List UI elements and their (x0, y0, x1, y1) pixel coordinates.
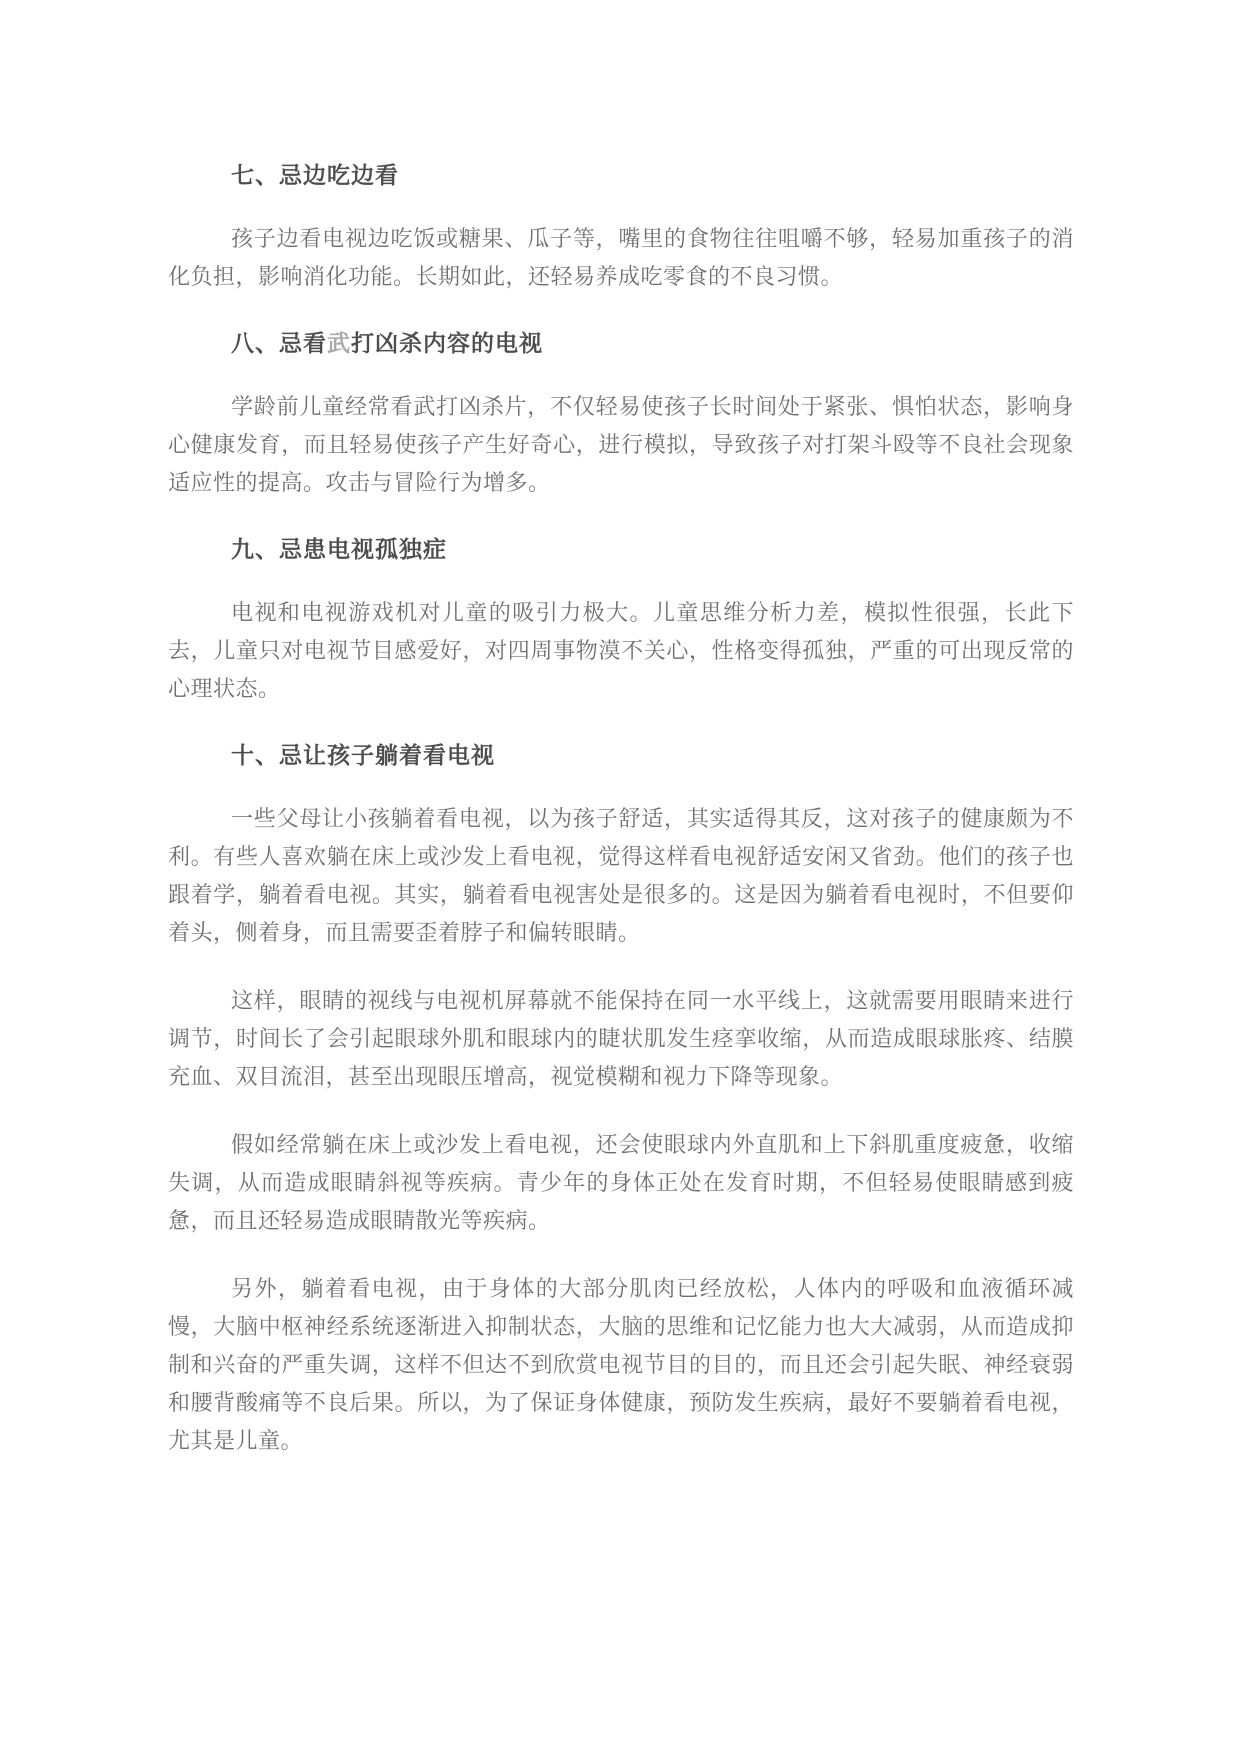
section-7: 七、忌边吃边看 孩子边看电视边吃饭或糖果、瓜子等，嘴里的食物往往咀嚼不够，轻易加… (168, 160, 1074, 296)
paragraph: 另外，躺着看电视，由于身体的大部分肌肉已经放松，人体内的呼吸和血液循环减慢，大脑… (168, 1270, 1074, 1460)
section-10: 十、忌让孩子躺着看电视 一些父母让小孩躺着看电视，以为孩子舒适，其实适得其反，这… (168, 740, 1074, 1460)
paragraph: 学龄前儿童经常看武打凶杀片，不仅轻易使孩子长时间处于紧张、惧怕状态，影响身心健康… (168, 388, 1074, 502)
heading-text: 七、忌边吃边看 (231, 162, 399, 188)
section-9: 九、忌患电视孤独症 电视和电视游戏机对儿童的吸引力极大。儿童思维分析力差，模拟性… (168, 534, 1074, 708)
section-10-heading: 十、忌让孩子躺着看电视 (168, 740, 1074, 770)
heading-text: 九、忌患电视孤独症 (231, 536, 447, 562)
paragraph: 这样，眼睛的视线与电视机屏幕就不能保持在同一水平线上，这就需要用眼睛来进行调节，… (168, 982, 1074, 1096)
paragraph: 假如经常躺在床上或沙发上看电视，还会使眼球内外直肌和上下斜肌重度疲惫，收缩失调，… (168, 1126, 1074, 1240)
heading-text: 八、忌看 (231, 330, 327, 356)
section-8-heading: 八、忌看武打凶杀内容的电视 (168, 328, 1074, 358)
section-7-heading: 七、忌边吃边看 (168, 160, 1074, 190)
section-9-heading: 九、忌患电视孤独症 (168, 534, 1074, 564)
document-page: 七、忌边吃边看 孩子边看电视边吃饭或糖果、瓜子等，嘴里的食物往往咀嚼不够，轻易加… (0, 0, 1241, 1754)
paragraph: 一些父母让小孩躺着看电视，以为孩子舒适，其实适得其反，这对孩子的健康颇为不利。有… (168, 800, 1074, 952)
document-content: 七、忌边吃边看 孩子边看电视边吃饭或糖果、瓜子等，嘴里的食物往往咀嚼不够，轻易加… (168, 160, 1074, 1460)
heading-light-text: 武 (327, 330, 351, 356)
section-8: 八、忌看武打凶杀内容的电视 学龄前儿童经常看武打凶杀片，不仅轻易使孩子长时间处于… (168, 328, 1074, 502)
heading-text: 打凶杀内容的电视 (351, 330, 543, 356)
paragraph: 电视和电视游戏机对儿童的吸引力极大。儿童思维分析力差，模拟性很强，长此下去，儿童… (168, 594, 1074, 708)
paragraph: 孩子边看电视边吃饭或糖果、瓜子等，嘴里的食物往往咀嚼不够，轻易加重孩子的消化负担… (168, 220, 1074, 296)
heading-text: 十、忌让孩子躺着看电视 (231, 742, 495, 768)
